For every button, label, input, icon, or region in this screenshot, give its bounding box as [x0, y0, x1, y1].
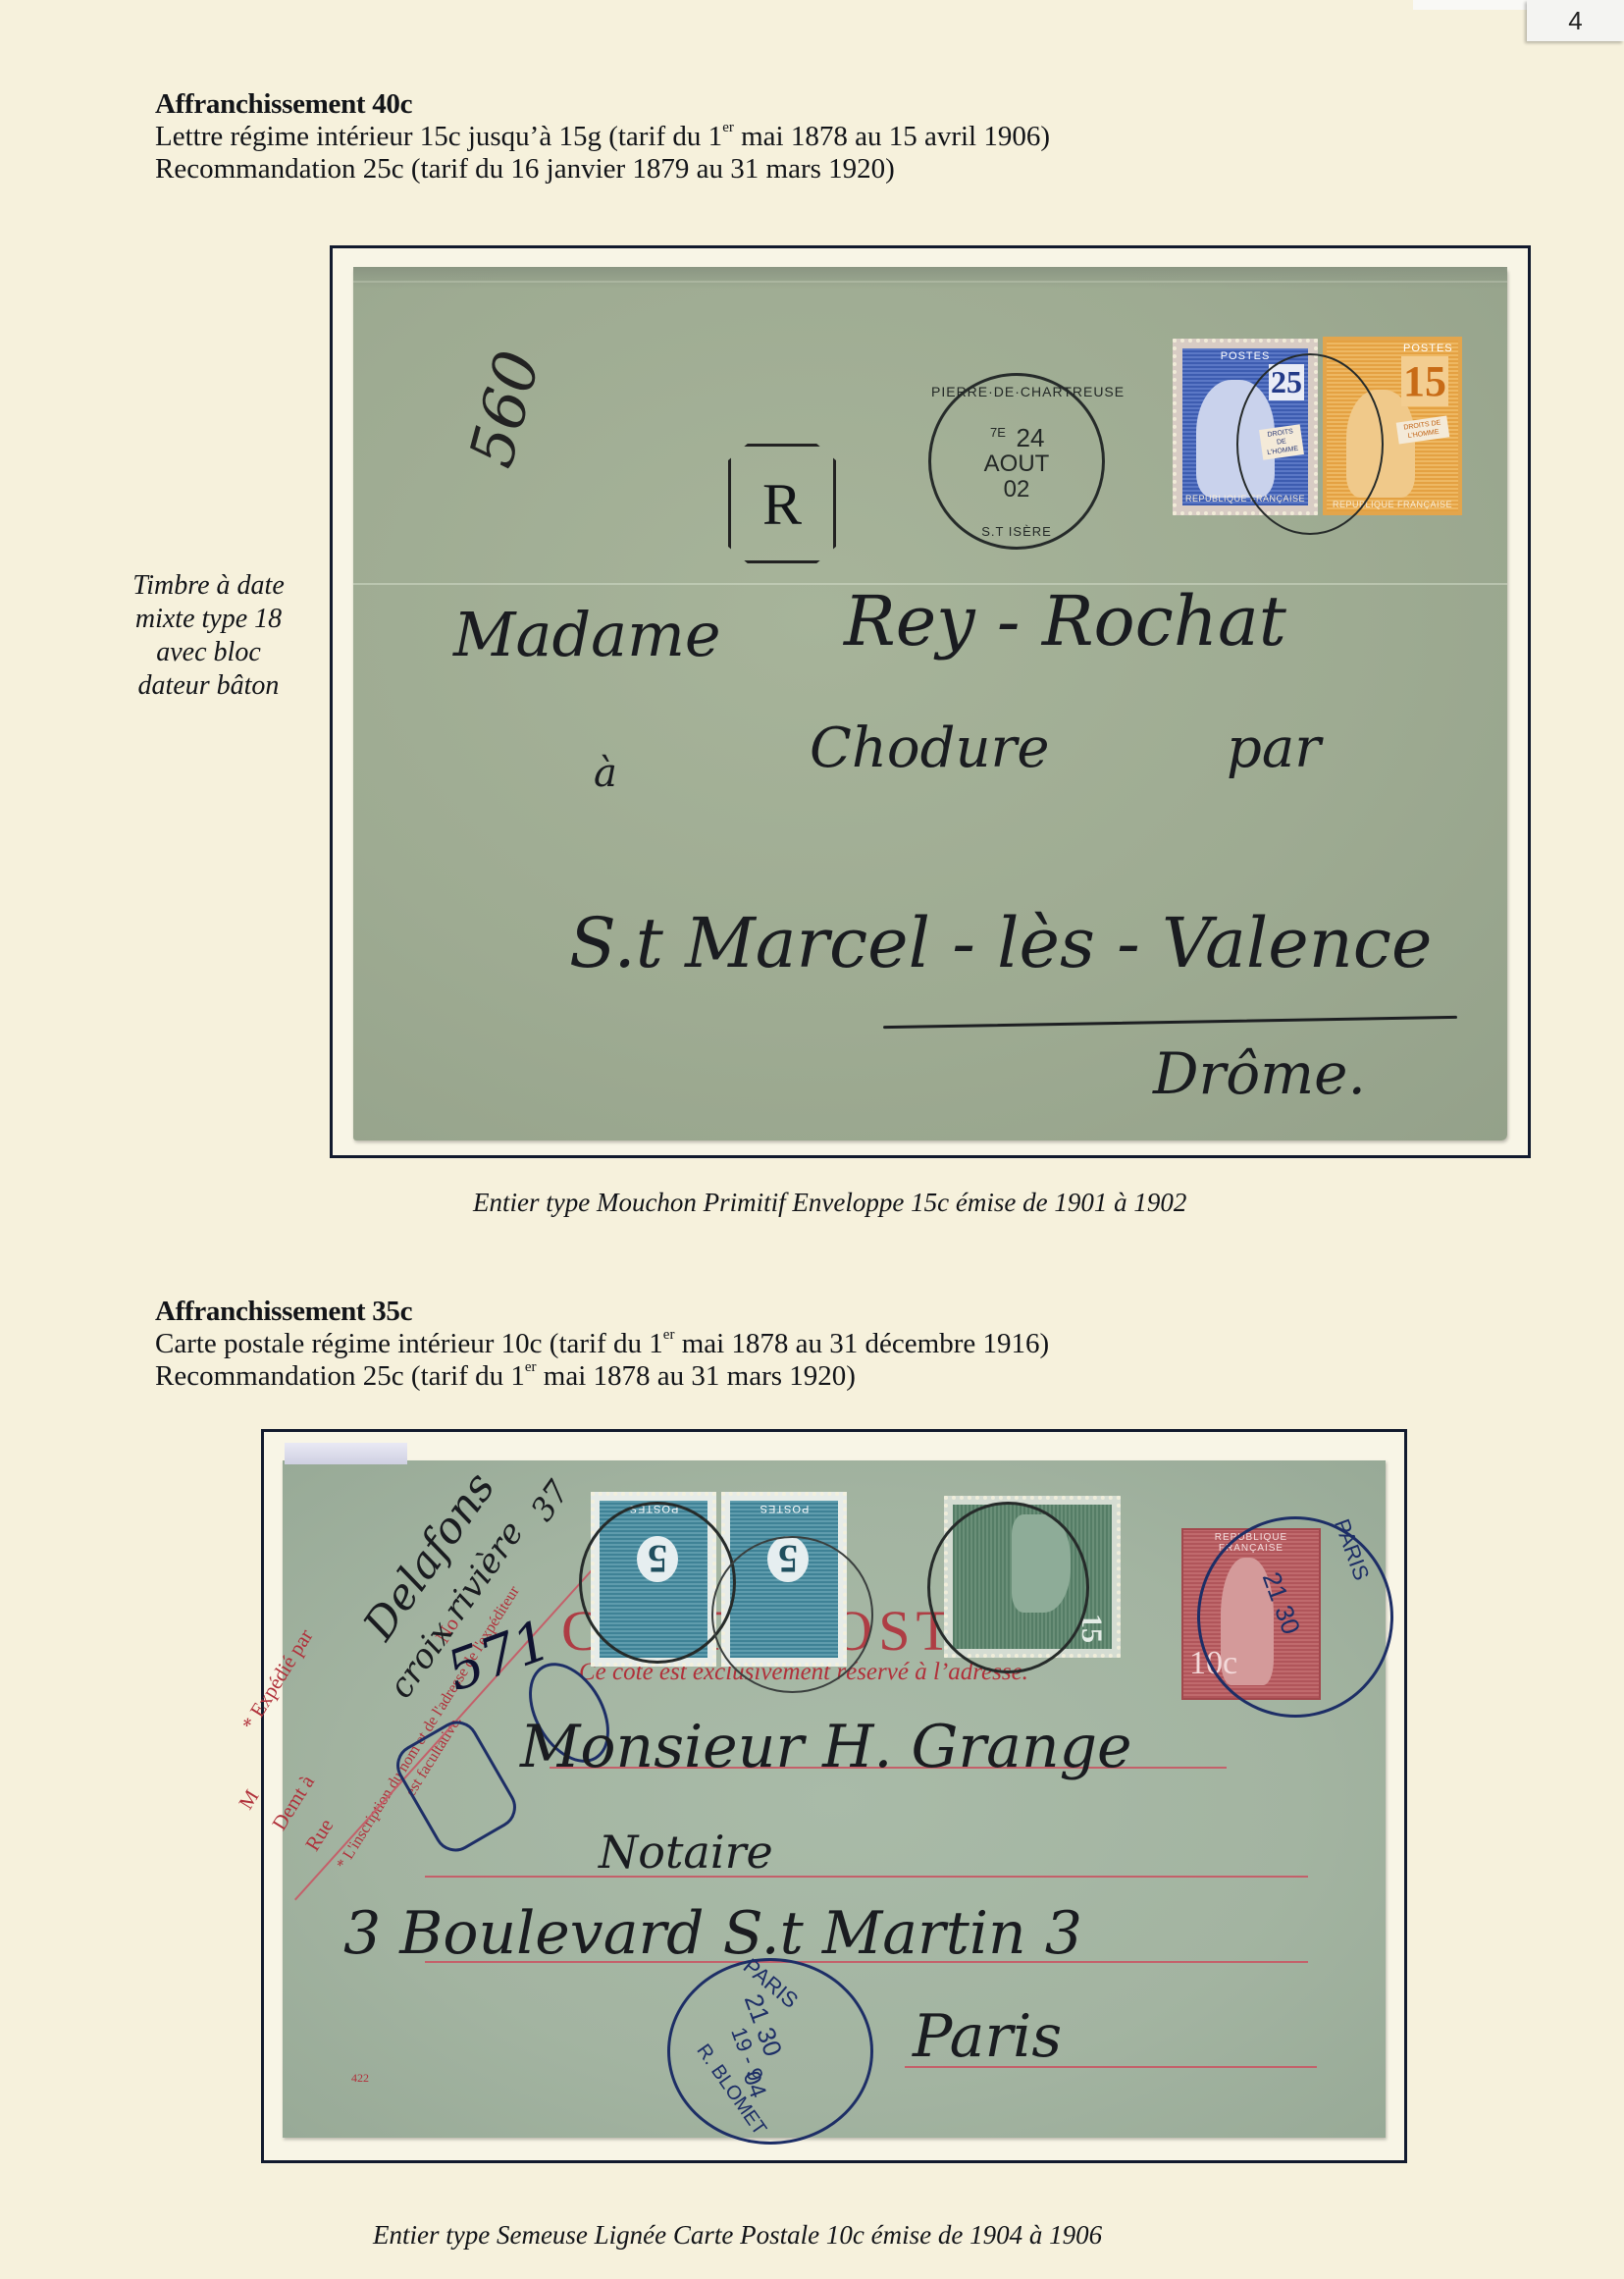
tariff-text-end: mai 1878 au 15 avril 1906) — [734, 121, 1050, 152]
section-2-heading: Affranchissement 35c — [155, 1296, 1049, 1328]
section-1-registration-line: Recommandation 25c (tarif du 16 janvier … — [155, 153, 1050, 185]
postcard-address-city: Paris — [913, 2002, 1062, 2071]
registered-mark: R — [728, 444, 836, 563]
postmark-day: 24 — [931, 423, 1102, 453]
address-name: Rey - Rochat — [844, 581, 1286, 662]
postmark-ring-bottom: S.T ISÈRE — [931, 524, 1102, 539]
tariff-text: Carte postale régime intérieur 10c (tari… — [155, 1328, 663, 1359]
postcard-address-recipient: Monsieur H. Grange — [520, 1713, 1132, 1781]
registration-text-end: mai 1878 au 31 mars 1920) — [537, 1360, 856, 1392]
section-2-tariff-line: Carte postale régime intérieur 10c (tari… — [155, 1328, 1049, 1360]
address-town: S.t Marcel - lès - Valence — [569, 903, 1432, 983]
postmark-paris-blomet — [579, 1502, 736, 1664]
postcard-address-street: 3 Boulevard S.t Martin 3 — [343, 1899, 1082, 1968]
address-rule — [425, 1876, 1308, 1878]
stamp-label-top: POSTES — [1403, 343, 1452, 354]
tariff-sup: er — [722, 120, 734, 135]
envelope-1-caption: Entier type Mouchon Primitif Enveloppe 1… — [473, 1188, 1186, 1218]
postmark-ring-top: PIERRE·DE·CHARTREUSE — [931, 384, 1102, 399]
sender-m: M — [234, 1785, 264, 1814]
registration-sup: er — [525, 1359, 537, 1375]
address-madame: Madame — [453, 599, 721, 670]
side-note: Timbre à date mixte type 18 avec bloc da… — [98, 569, 319, 703]
mounting-tape — [285, 1443, 407, 1464]
side-note-line: avec bloc — [98, 636, 319, 669]
registered-letter: R — [762, 472, 802, 537]
postmark-time: 21 30 — [1256, 1568, 1306, 1639]
page-tab-strip — [1413, 0, 1527, 10]
postcard-address-profession: Notaire — [599, 1826, 773, 1879]
tariff-text: Lettre régime intérieur 15c jusqu’à 15g … — [155, 121, 722, 152]
postcard-caption: Entier type Semeuse Lignée Carte Postale… — [373, 2220, 1102, 2251]
address-a: à — [594, 751, 617, 796]
section-1-tariff-line: Lettre régime intérieur 15c jusqu’à 15g … — [155, 121, 1050, 153]
printer-code: 422 — [351, 2071, 369, 2086]
postmark-pierre-de-chartreuse: PIERRE·DE·CHARTREUSE 7E 24 AOUT 02 S.T I… — [928, 373, 1105, 550]
page-number: 4 — [1527, 0, 1624, 41]
postmark-paris-blomet-indicia: PARIS 21 30 — [1197, 1516, 1393, 1718]
section-2-registration-line: Recommandation 25c (tarif du 1er mai 187… — [155, 1360, 1049, 1393]
section-1-header: Affranchissement 40c Lettre régime intér… — [155, 88, 1050, 185]
postmark-month: AOUT — [931, 450, 1102, 478]
postmark-arrival-paris: PARIS 21 30 19 - 9 04 R. BLOMET — [667, 1958, 873, 2145]
address-department: Drôme. — [1153, 1040, 1366, 1107]
postmark-year: 02 — [931, 476, 1102, 503]
registration-text: Recommandation 25c (tarif du 1 — [155, 1360, 525, 1392]
postmark-paris-blomet — [927, 1502, 1089, 1673]
fold-crease — [353, 281, 1507, 283]
postmark-paris-blomet — [711, 1536, 873, 1693]
side-note-line: mixte type 18 — [98, 603, 319, 636]
side-note-line: dateur bâton — [98, 669, 319, 703]
address-village: Chodure — [810, 716, 1049, 780]
section-1-heading: Affranchissement 40c — [155, 88, 1050, 121]
stamp-label: POSTES — [730, 1503, 838, 1514]
address-par: par — [1227, 716, 1321, 780]
side-note-line: Timbre à date — [98, 569, 319, 603]
stamp-value: 15 — [1401, 356, 1448, 406]
postmark-on-stamps — [1236, 353, 1384, 535]
tariff-text-end: mai 1878 au 31 décembre 1916) — [674, 1328, 1049, 1359]
tariff-sup: er — [663, 1327, 675, 1343]
section-2-header: Affranchissement 35c Carte postale régim… — [155, 1296, 1049, 1393]
